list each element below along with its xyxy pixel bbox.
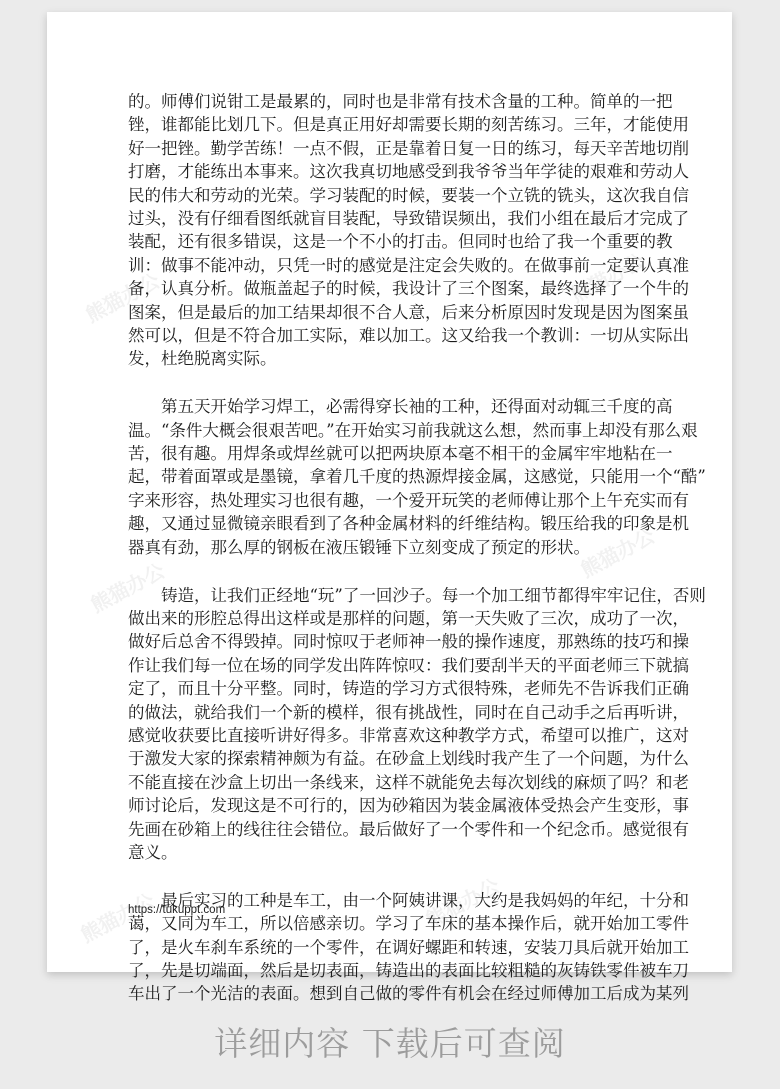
text-line: 第五天开始学习焊工，必需得穿长袖的工种，还得面对动辄三千度的高 <box>128 395 650 418</box>
text-line: 起，带着面罩或是墨镜，拿着几千度的热源焊接金属，这感觉，只能用一个“酷” <box>128 465 650 488</box>
text-line: 趣，又通过显微镜亲眼看到了各种金属材料的纤维结构。锻压给我的印象是机 <box>128 512 650 535</box>
text-line: 温。“条件大概会很艰苦吧。”在开始实习前我就这么想，然而事上却没有那么艰 <box>128 419 650 442</box>
text-line: 车出了一个光洁的表面。想到自己做的零件有机会在经过师傅加工后成为某列 <box>128 982 650 1005</box>
text-line: 做出来的形腔总得出这样或是那样的问题，第一天失败了三次，成功了一次， <box>128 607 650 630</box>
text-line: 定了，而且十分平整。同时，铸造的学习方式很特殊，老师先不告诉我们正确 <box>128 677 650 700</box>
text-line: 了，是火车刹车系统的一个零件，在调好螺距和转速，安装刀具后就开始加工 <box>128 936 650 959</box>
text-line: 不能直接在沙盒上切出一条线来，这样不就能免去每次划线的麻烦了吗？和老 <box>128 771 650 794</box>
text-line: 民的伟大和劳动的光荣。学习装配的时候，要装一个立铣的铣头，这次我自信 <box>128 184 650 207</box>
text-line: 训：做事不能冲动，只凭一时的感觉是注定会失败的。在做事前一定要认真准 <box>128 254 650 277</box>
text-line: 锉，谁都能比划几下。但是真正用好却需要长期的刻苦练习。三年，才能使用 <box>128 113 650 136</box>
text-line: 打磨，才能练出本事来。这次我真切地感受到我爷爷当年学徒的艰难和劳动人 <box>128 160 650 183</box>
text-line: 备，认真分析。做瓶盖起子的时候，我设计了三个图案，最终选择了一个牛的 <box>128 277 650 300</box>
paragraph: 的。师傅们说钳工是最累的，同时也是非常有技术含量的工种。简单的一把 锉，谁都能比… <box>128 90 650 371</box>
text-line: 然可以，但是不符合加工实际，难以加工。这又给我一个教训：一切从实际出 <box>128 324 650 347</box>
text-line: 过头，没有仔细看图纸就盲目装配，导致错误频出，我们小组在最后才完成了 <box>128 207 650 230</box>
text-line: 字来形容，热处理实习也很有趣，一个爱开玩笑的老师傅让那个上午充实而有 <box>128 489 650 512</box>
text-line: 图案，但是最后的加工结果却很不合人意，后来分析原因时发现是因为图案虽 <box>128 301 650 324</box>
text-line: 铸造，让我们正经地“玩”了一回沙子。每一个加工细节都得牢牢记住，否则 <box>128 584 650 607</box>
paragraph: 第五天开始学习焊工，必需得穿长袖的工种，还得面对动辄三千度的高 温。“条件大概会… <box>128 395 650 559</box>
text-line: 意义。 <box>128 841 650 864</box>
text-line: 的做法，就给我们一个新的模样，很有挑战性，同时在自己动手之后再听讲， <box>128 701 650 724</box>
text-line: 先画在砂箱上的线往往会错位。最后做好了一个零件和一个纪念币。感觉很有 <box>128 818 650 841</box>
paragraph-gap <box>128 559 650 584</box>
text-line: 器真有劲，那么厚的钢板在液压锻锤下立刻变成了预定的形状。 <box>128 536 650 559</box>
text-line: 的。师傅们说钳工是最累的，同时也是非常有技术含量的工种。简单的一把 <box>128 90 650 113</box>
paragraph-gap <box>128 864 650 889</box>
text-line: 师讨论后，发现这是不可行的，因为砂箱因为装金属液体受热会产生变形，事 <box>128 794 650 817</box>
text-line: 作让我们每一位在场的同学发出阵阵惊叹：我们要刮半天的平面老师三下就搞 <box>128 654 650 677</box>
text-line: 感觉收获要比直接听讲好得多。非常喜欢这种教学方式，希望可以推广，这对 <box>128 724 650 747</box>
paragraph-gap <box>128 371 650 396</box>
text-line: 好一把锉。勤学苦练！一点不假，正是靠着日复一日的练习，每天辛苦地切削 <box>128 137 650 160</box>
paragraph: 铸造，让我们正经地“玩”了一回沙子。每一个加工细节都得牢牢记住，否则 做出来的形… <box>128 584 650 865</box>
text-line: 做好后总舍不得毁掉。同时惊叹于老师神一般的操作速度，那熟练的技巧和操 <box>128 630 650 653</box>
text-line: 于激发大家的探索精神颇为有益。在砂盒上划线时我产生了一个问题，为什么 <box>128 747 650 770</box>
text-line: 装配，还有很多错误，这是一个不小的打击。但同时也给了我一个重要的教 <box>128 230 650 253</box>
footer-url: https://tukuppt.com <box>128 904 225 916</box>
download-caption: 详细内容 下载后可查阅 <box>0 1018 780 1065</box>
document-body: 的。师傅们说钳工是最累的，同时也是非常有技术含量的工种。简单的一把 锉，谁都能比… <box>128 90 650 1006</box>
document-page: 熊猫办公 熊猫办公 熊猫办公 熊猫办公 熊猫办公 熊猫办公 的。师傅们说钳工是最… <box>47 12 732 972</box>
text-line: 了，先是切端面，然后是切表面，铸造出的表面比较粗糙的灰铸铁零件被车刀 <box>128 959 650 982</box>
text-line: 发，杜绝脱离实际。 <box>128 347 650 370</box>
text-line: 苦，很有趣。用焊条或焊丝就可以把两块原本毫不相干的金属牢牢地粘在一 <box>128 442 650 465</box>
